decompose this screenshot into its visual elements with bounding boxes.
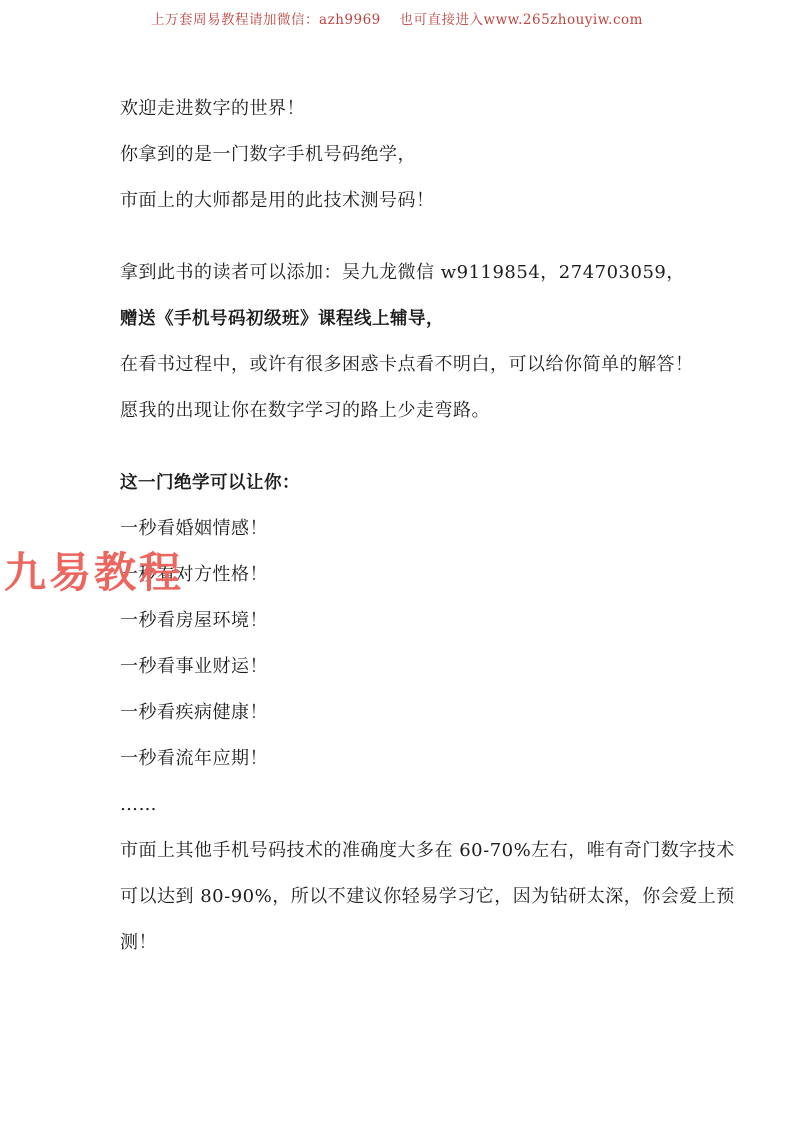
document-line: 一秒看房屋环境！ bbox=[120, 598, 700, 644]
document-line: …… bbox=[120, 782, 700, 828]
document-line: 一秒看流年应期！ bbox=[120, 736, 700, 782]
document-body: 欢迎走进数字的世界！你拿到的是一门数字手机号码绝学，市面上的大师都是用的此技术测… bbox=[120, 86, 700, 966]
document-line: 可以达到 80-90%，所以不建议你轻易学习它，因为钻研太深，你会爱上预 bbox=[120, 874, 700, 920]
document-line: 愿我的出现让你在数字学习的路上少走弯路。 bbox=[120, 388, 700, 434]
document-line: 赠送《手机号码初级班》课程线上辅导， bbox=[120, 296, 700, 342]
document-line-spacer bbox=[120, 224, 700, 250]
document-line: 在看书过程中，或许有很多困惑卡点看不明白，可以给你简单的解答！ bbox=[120, 342, 700, 388]
document-line: 一秒看对方性格！ bbox=[120, 552, 700, 598]
document-line: 市面上其他手机号码技术的准确度大多在 60-70%左右，唯有奇门数字技术 bbox=[120, 828, 700, 874]
document-line: 欢迎走进数字的世界！ bbox=[120, 86, 700, 132]
watermark: 九易教程 bbox=[4, 540, 184, 600]
document-line: 这一门绝学可以让你： bbox=[120, 460, 700, 506]
document-line: 一秒看婚姻情感！ bbox=[120, 506, 700, 552]
document-line: 一秒看事业财运！ bbox=[120, 644, 700, 690]
document-line: 测！ bbox=[120, 920, 700, 966]
document-line: 市面上的大师都是用的此技术测号码！ bbox=[120, 178, 700, 224]
header-note: 上万套周易教程请加微信：azh9969 也可直接进入www.265zhouyiw… bbox=[0, 8, 794, 28]
document-line: 你拿到的是一门数字手机号码绝学， bbox=[120, 132, 700, 178]
document-line-spacer bbox=[120, 434, 700, 460]
document-page: 上万套周易教程请加微信：azh9969 也可直接进入www.265zhouyiw… bbox=[0, 0, 794, 1123]
document-line: 拿到此书的读者可以添加：吴九龙微信 w9119854，274703059， bbox=[120, 250, 700, 296]
document-line: 一秒看疾病健康！ bbox=[120, 690, 700, 736]
